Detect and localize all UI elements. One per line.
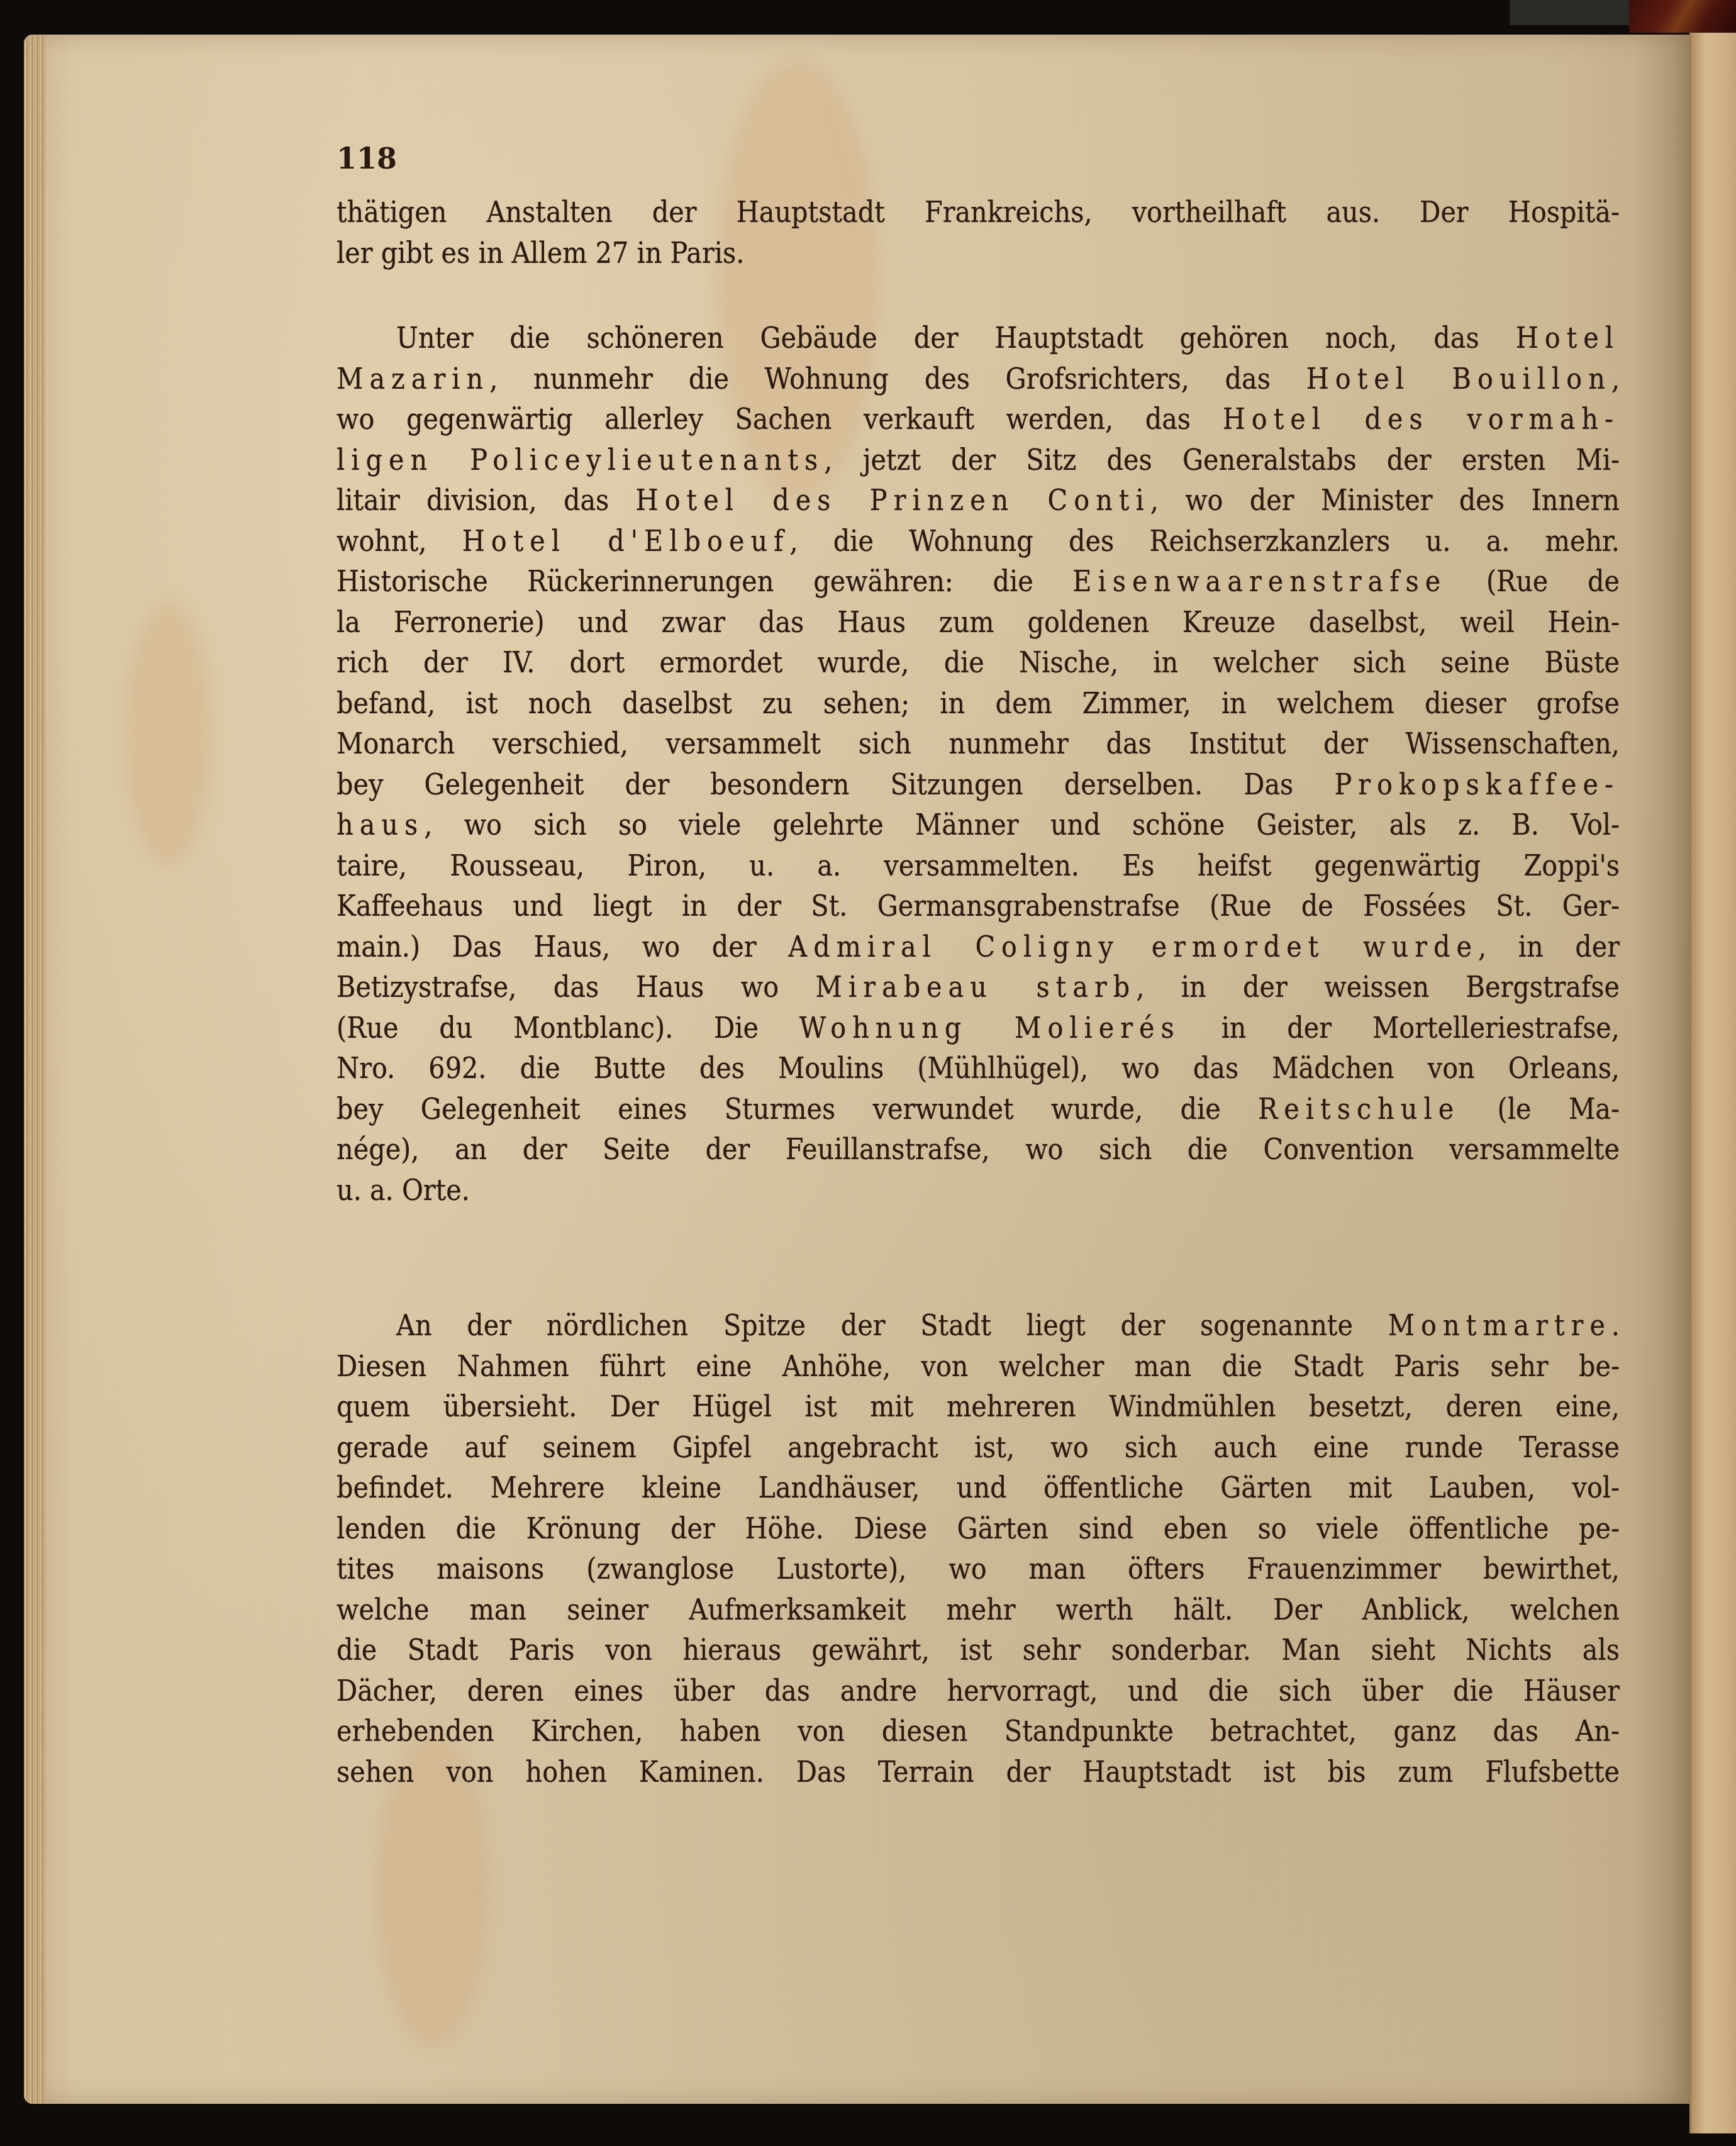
text-segment: wo gegenwärtig allerley Sachen verkauft …	[337, 402, 1223, 436]
text-segment: sehen von hohen Kaminen. Das Terrain der…	[337, 1755, 1620, 1789]
text-segment: bey Gelegenheit der besondern Sitzungen …	[337, 767, 1334, 801]
text-line: thätigen Anstalten der Hauptstadt Frankr…	[337, 192, 1620, 233]
text-line: erhebenden Kirchen, haben von diesen Sta…	[337, 1711, 1620, 1752]
emphasized-name: Eisenwaarenstrafse	[1072, 564, 1447, 598]
emphasized-name: Hotel	[1516, 321, 1620, 355]
text-segment: in der Mortelleriestrafse,	[1181, 1011, 1620, 1045]
text-line: gerade auf seinem Gipfel angebracht ist,…	[337, 1427, 1620, 1468]
text-line: wohnt, Hotel d'Elboeuf, die Wohnung des …	[337, 521, 1620, 562]
text-segment: An der nördlichen Spitze der Stadt liegt…	[396, 1308, 1388, 1342]
text-segment: taire, Rousseau, Piron, u. a. versammelt…	[337, 848, 1620, 882]
text-line: Monarch verschied, versammelt sich nunme…	[337, 723, 1620, 764]
text-line: Unter die schöneren Gebäude der Hauptsta…	[337, 318, 1620, 359]
text-line: befand, ist noch daselbst zu sehen; in d…	[337, 683, 1620, 724]
text-segment: rich der IV. dort ermordet wurde, die Ni…	[337, 645, 1620, 679]
emphasized-name: Admiral Coligny	[788, 930, 1120, 964]
text-segment: thätigen Anstalten der Hauptstadt Frankr…	[337, 195, 1620, 229]
text-segment: Unter die schöneren Gebäude der Hauptsta…	[396, 321, 1516, 355]
text-line: ligen Policeylieutenants, jetzt der Sitz…	[337, 440, 1620, 481]
text-line: befindet. Mehrere kleine Landhäuser, und…	[337, 1467, 1620, 1508]
text-segment: befand, ist noch daselbst zu sehen; in d…	[337, 686, 1620, 720]
text-segment: , jetzt der Sitz des Generalstabs der er…	[824, 443, 1620, 477]
text-line: Kaffeehaus und liegt in der St. Germansg…	[337, 886, 1620, 926]
emphasized-name: Wohnung Molierés	[799, 1011, 1181, 1045]
text-segment: ler gibt es in Allem 27 in Paris.	[337, 236, 744, 270]
text-line: la Ferronerie) und zwar das Haus zum gol…	[337, 602, 1620, 643]
text-segment: Monarch verschied, versammelt sich nunme…	[337, 726, 1620, 760]
text-line: sehen von hohen Kaminen. Das Terrain der…	[337, 1752, 1620, 1793]
emphasized-name: ligen Policeylieutenants	[337, 443, 824, 477]
text-segment: , die Wohnung des Reichserzkanzlers u. a…	[789, 524, 1620, 558]
paper-stain	[125, 601, 213, 865]
text-segment: , nunmehr die Wohnung des Grofsrichters,…	[489, 362, 1306, 396]
text-segment: .	[1611, 1308, 1620, 1342]
text-segment: tites maisons (zwanglose Lustorte), wo m…	[337, 1552, 1620, 1586]
text-segment: , in der	[1478, 930, 1620, 964]
paragraph-montmartre: An der nördlichen Spitze der Stadt liegt…	[337, 1305, 1620, 1792]
text-line: Nro. 692. die Butte des Moulins (Mühlhüg…	[337, 1048, 1620, 1089]
text-segment: ,	[1611, 362, 1620, 396]
text-segment: , in der weissen Bergstrafse	[1136, 970, 1620, 1004]
emphasized-name: Hotel des vormah-	[1223, 402, 1620, 436]
text-line: taire, Rousseau, Piron, u. a. versammelt…	[337, 845, 1620, 886]
text-segment: Dächer, deren eines über das andre hervo…	[337, 1674, 1620, 1708]
text-segment: la Ferronerie) und zwar das Haus zum gol…	[337, 605, 1620, 639]
emphasized-name: Hotel d'Elboeuf	[462, 524, 790, 558]
text-line: bey Gelegenheit der besondern Sitzungen …	[337, 764, 1620, 805]
text-segment: die Stadt Paris von hieraus gewährt, ist…	[337, 1633, 1620, 1667]
text-segment: wohnt,	[337, 524, 462, 558]
text-segment: nége), an der Seite der Feuillanstrafse,…	[337, 1132, 1620, 1166]
text-segment: (le Ma-	[1460, 1092, 1620, 1126]
emphasized-name: ermordet wurde	[1152, 930, 1478, 964]
book-cover-edge	[1510, 0, 1629, 25]
marbled-binding	[1629, 0, 1736, 33]
text-segment: Historische Rückerinnerungen gewähren: d…	[337, 564, 1072, 598]
text-line: nége), an der Seite der Feuillanstrafse,…	[337, 1129, 1620, 1170]
text-line: rich der IV. dort ermordet wurde, die Ni…	[337, 642, 1620, 683]
text-line: main.) Das Haus, wo der Admiral Coligny …	[337, 926, 1620, 967]
text-segment: main.) Das Haus, wo der	[337, 930, 788, 964]
text-segment: lenden die Krönung der Höhe. Diese Gärte…	[337, 1511, 1620, 1545]
text-line: bey Gelegenheit eines Sturmes verwundet …	[337, 1089, 1620, 1130]
text-line: (Rue du Montblanc). Die Wohnung Molierés…	[337, 1008, 1620, 1048]
text-segment	[1120, 930, 1152, 964]
book-scan: 118 thätigen Anstalten der Hauptstadt Fr…	[0, 0, 1736, 2146]
text-line: tites maisons (zwanglose Lustorte), wo m…	[337, 1548, 1620, 1589]
emphasized-name: Mirabeau starb	[816, 970, 1137, 1004]
text-segment: (Rue du Montblanc). Die	[337, 1011, 799, 1045]
text-line: haus, wo sich so viele gelehrte Männer u…	[337, 804, 1620, 845]
text-line: litair division, das Hotel des Prinzen C…	[337, 480, 1620, 521]
emphasized-name: Montmartre	[1388, 1308, 1611, 1342]
adjacent-page-edge	[1689, 33, 1736, 2133]
text-segment: , wo sich so viele gelehrte Männer und s…	[424, 808, 1620, 842]
text-segment: Kaffeehaus und liegt in der St. Germansg…	[337, 889, 1620, 923]
emphasized-name: Hotel Bouillon	[1306, 362, 1611, 396]
text-line: u. a. Orte.	[337, 1170, 1620, 1211]
text-segment: bey Gelegenheit eines Sturmes verwundet …	[337, 1092, 1258, 1126]
emphasized-name: Mazarin	[337, 362, 489, 396]
text-line: Diesen Nahmen führt eine Anhöhe, von wel…	[337, 1346, 1620, 1387]
text-line: Historische Rückerinnerungen gewähren: d…	[337, 561, 1620, 602]
text-line: Betizystrafse, das Haus wo Mirabeau star…	[337, 967, 1620, 1008]
text-segment: befindet. Mehrere kleine Landhäuser, und…	[337, 1471, 1620, 1504]
text-line: An der nördlichen Spitze der Stadt liegt…	[337, 1305, 1620, 1346]
text-line: ler gibt es in Allem 27 in Paris.	[337, 233, 1620, 274]
text-line: welche man seiner Aufmerksamkeit mehr we…	[337, 1589, 1620, 1630]
text-line: lenden die Krönung der Höhe. Diese Gärte…	[337, 1508, 1620, 1549]
text-segment: welche man seiner Aufmerksamkeit mehr we…	[337, 1593, 1620, 1626]
text-segment: Nro. 692. die Butte des Moulins (Mühlhüg…	[337, 1051, 1620, 1085]
text-segment: erhebenden Kirchen, haben von diesen Sta…	[337, 1714, 1620, 1748]
text-segment: quem übersieht. Der Hügel ist mit mehrer…	[337, 1389, 1620, 1423]
text-segment: Diesen Nahmen führt eine Anhöhe, von wel…	[337, 1349, 1620, 1383]
text-line: quem übersieht. Der Hügel ist mit mehrer…	[337, 1386, 1620, 1427]
paragraph-buildings: Unter die schöneren Gebäude der Hauptsta…	[337, 318, 1620, 1210]
page-number: 118	[337, 142, 397, 175]
text-segment: , wo der Minister des Innern	[1150, 483, 1620, 517]
text-line: Mazarin, nunmehr die Wohnung des Grofsri…	[337, 359, 1620, 399]
emphasized-name: Prokopskaffee-	[1334, 767, 1620, 801]
text-segment: litair division, das	[337, 483, 636, 517]
text-line: die Stadt Paris von hieraus gewährt, ist…	[337, 1630, 1620, 1671]
emphasized-name: Hotel des Prinzen Conti	[636, 483, 1150, 517]
emphasized-name: haus	[337, 808, 424, 842]
text-line: Dächer, deren eines über das andre hervo…	[337, 1671, 1620, 1711]
text-segment: Betizystrafse, das Haus wo	[337, 970, 816, 1004]
text-line: wo gegenwärtig allerley Sachen verkauft …	[337, 399, 1620, 440]
emphasized-name: Reitschule	[1258, 1092, 1460, 1126]
gutter-shadow	[1635, 35, 1689, 2104]
text-segment: gerade auf seinem Gipfel angebracht ist,…	[337, 1430, 1620, 1464]
paragraph-continuation: thätigen Anstalten der Hauptstadt Frankr…	[337, 192, 1620, 273]
text-segment: (Rue de	[1447, 564, 1620, 598]
page-stack-edges	[24, 35, 45, 2104]
text-segment: u. a. Orte.	[337, 1173, 470, 1207]
